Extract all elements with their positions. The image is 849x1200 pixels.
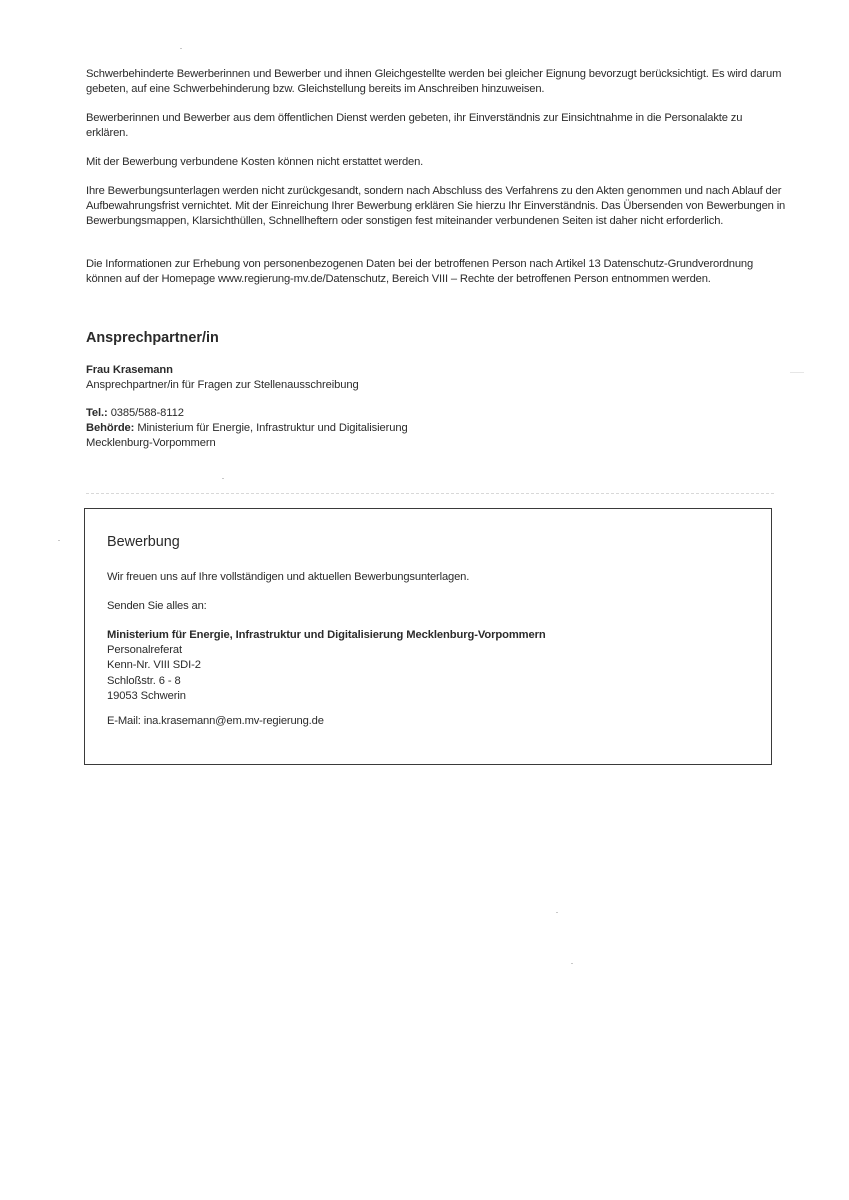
scan-speck [556,912,558,913]
application-intro: Wir freuen uns auf Ihre vollständigen un… [107,570,469,585]
contact-details: Tel.: 0385/588-8112 Behörde: Ministerium… [86,406,408,451]
address-street: Schloßstr. 6 - 8 [107,674,546,689]
phone-label: Tel.: [86,407,108,419]
paragraph-documents-retention: Ihre Bewerbungsunterlagen werden nicht z… [86,184,786,228]
contact-phone: Tel.: 0385/588-8112 [86,406,408,421]
address-reference: Kenn-Nr. VIII SDI-2 [107,658,546,673]
phone-value: 0385/588-8112 [111,407,184,419]
section-divider [86,493,774,494]
paragraph-data-protection: Die Informationen zur Erhebung von perso… [86,257,786,287]
contact-heading: Ansprechpartner/in [86,330,219,346]
scan-speck [180,48,182,49]
scan-speck [222,478,224,479]
contact-authority: Behörde: Ministerium für Energie, Infras… [86,421,408,436]
address-city: 19053 Schwerin [107,689,546,704]
email-line: E-Mail: ina.krasemann@em.mv-regierung.de [107,714,324,729]
paragraph-costs: Mit der Bewerbung verbundene Kosten könn… [86,155,786,170]
scan-speck [790,372,804,373]
send-to-label: Senden Sie alles an: [107,599,207,614]
address-department: Personalreferat [107,643,546,658]
document-page: Schwerbehinderte Bewerberinnen und Bewer… [0,0,849,1200]
application-box: Bewerbung Wir freuen uns auf Ihre vollst… [84,508,772,765]
contact-block: Frau Krasemann Ansprechpartner/in für Fr… [86,363,359,393]
paragraph-disability-notice: Schwerbehinderte Bewerberinnen und Bewer… [86,67,786,97]
authority-value: Ministerium für Energie, Infrastruktur u… [137,422,407,434]
scan-speck [571,963,573,964]
contact-name: Frau Krasemann [86,363,359,378]
email-link[interactable]: ina.krasemann@em.mv-regierung.de [144,715,324,727]
paragraph-personnel-file-consent: Bewerberinnen und Bewerber aus dem öffen… [86,111,786,141]
address-organization: Ministerium für Energie, Infrastruktur u… [107,628,546,643]
authority-label: Behörde: [86,422,134,434]
postal-address: Ministerium für Energie, Infrastruktur u… [107,628,546,704]
contact-role: Ansprechpartner/in für Fragen zur Stelle… [86,378,359,393]
scan-speck [58,540,60,541]
application-heading: Bewerbung [107,534,180,550]
email-label: E-Mail: [107,715,141,727]
authority-value-continued: Mecklenburg-Vorpommern [86,436,408,451]
